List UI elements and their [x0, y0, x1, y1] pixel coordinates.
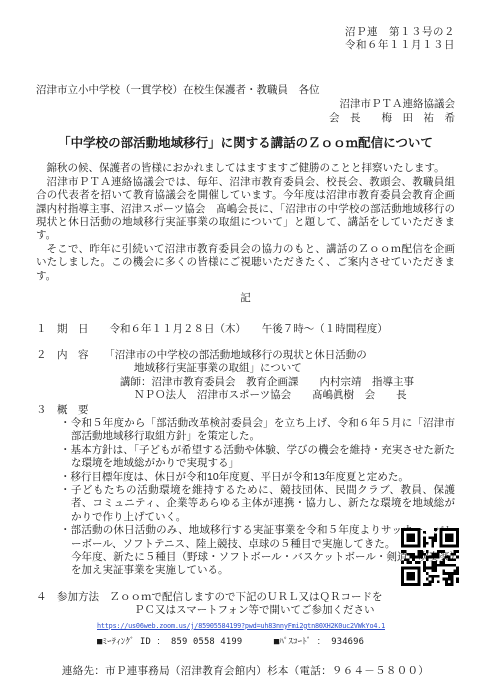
item-content: ２ 内 容 「沼津市の中学校の部活動地域移行の現状と休日活動の 地域移行実証事業…: [36, 349, 455, 403]
letter-page: 沼Ｐ連 第１３号の２ 令和６年１１月１３日 沼津市立小中学校（一貫学校）在校生保…: [0, 0, 480, 679]
document-title: 「中学校の部活動地域移行」に関する講話のＺｏｏｍ配信について: [36, 137, 455, 150]
overview-continuation: 今年度、新たに５種目（野球・ソフトボール・バスケットボール・剣道・吹奏楽）を加え…: [60, 551, 455, 578]
participation-line-1: ４ 参加方法 Ｚｏｏｍで配信しますので下記のＵＲＬ又はＱＲコードを: [36, 591, 455, 604]
participation-line-2: ＰＣ又はスマートフォン等で開いてご参加ください: [36, 604, 455, 617]
reference-number: 沼Ｐ連 第１３号の２: [36, 26, 455, 39]
overview-bullet: ・移行目標年度は、休日が令和10年度夏、平日が令和13年度夏と定めた。: [60, 471, 455, 484]
overview-list: ・令和５年度から「部活動改革検討委員会」を立ち上げ、令和６年５月に「沼津市部活動…: [36, 417, 455, 578]
background-paragraph: 沼津市ＰＴＡ連絡協議会では、毎年、沼津市教育委員会、校長会、教頭会、教職員組合の…: [36, 176, 455, 243]
announcement-paragraph: そこで、昨年に引続いて沼津市教育委員会の協力のもと、講話のＺｏｏｍ配信を企画いた…: [36, 243, 455, 283]
content-lecturer-1: 講師：沼津市教育委員会 教育企画課 内村宗靖 指導主事: [36, 376, 455, 389]
qr-code-image: [401, 527, 459, 587]
content-line-1: ２ 内 容 「沼津市の中学校の部活動地域移行の現状と休日活動の: [36, 349, 455, 362]
recipient-line: 沼津市立小中学校（一貫学校）在校生保護者・教職員 各位: [36, 84, 455, 97]
overview-bullet: ・令和５年度から「部活動改革検討委員会」を立ち上げ、令和６年５月に「沼津市部活動…: [60, 417, 455, 444]
sender-president-name: 会 長 梅 田 祐 希: [36, 112, 455, 125]
item-schedule: １ 期 日 令和６年１１月２８日（木） 午後７時～（１時間程度）: [36, 323, 455, 336]
overview-heading: ３ 概 要: [36, 404, 455, 417]
overview-bullet: ・基本方針は、「子どもが希望する活動や体験、学びの機会を維持・充実させた新たな環…: [60, 444, 455, 471]
item-overview: ３ 概 要 ・令和５年度から「部活動改革検討委員会」を立ち上げ、令和６年５月に「…: [36, 404, 455, 578]
greeting-paragraph: 錦秋の候、保護者の皆様におかれましてはますますご健勝のことと拝察いたします。: [36, 162, 455, 175]
overview-bullet: ・部活動の休日活動のみ、地域移行する実証事業を令和５年度よりサッカー、バレーボー…: [60, 524, 455, 551]
passcode: ■ﾊﾟｽｺｰﾄﾞ ： 934696: [274, 637, 364, 647]
sender-organization: 沼津市ＰＴＡ連絡協議会: [36, 98, 455, 111]
item-participation: ４ 参加方法 Ｚｏｏｍで配信しますので下記のＵＲＬ又はＱＲコードを ＰＣ又はスマ…: [36, 591, 455, 650]
meeting-id: ■ﾐｰﾃｨﾝｸﾞ ID ： 859 0558 4199: [97, 637, 242, 647]
overview-bullet: ・子どもたちの活動環境を維持するために、競技団体、民間クラブ、教員、保護者、コミ…: [60, 484, 455, 524]
content-lecturer-2: ＮＰＯ法人 沼津市スポーツ協会 髙嶋眞樹 会 長: [36, 389, 455, 402]
zoom-url-line: https://us06web.zoom.us/j/85905584199?pw…: [36, 619, 455, 633]
contact-info: 連絡先：市Ｐ連事務局（沼津教育会館内）杉本（電話：９６４－５８００）: [36, 665, 455, 678]
issue-date: 令和６年１１月１３日: [36, 39, 455, 52]
sender-block: 沼津市ＰＴＡ連絡協議会 会 長 梅 田 祐 希: [36, 98, 455, 125]
zoom-credentials: ■ﾐｰﾃｨﾝｸﾞ ID ： 859 0558 4199 ■ﾊﾟｽｺｰﾄﾞ ： 9…: [36, 636, 455, 649]
qr-code: [401, 527, 459, 587]
body-paragraphs: 錦秋の候、保護者の皆様におかれましてはますますご健勝のことと拝察いたします。 沼…: [36, 162, 455, 283]
record-marker: 記: [36, 292, 455, 305]
document-header-right: 沼Ｐ連 第１３号の２ 令和６年１１月１３日: [36, 26, 455, 53]
content-line-2: 地域移行実証事業の取組」について: [36, 362, 455, 375]
zoom-meeting-link[interactable]: https://us06web.zoom.us/j/85905584199?pw…: [97, 622, 385, 630]
